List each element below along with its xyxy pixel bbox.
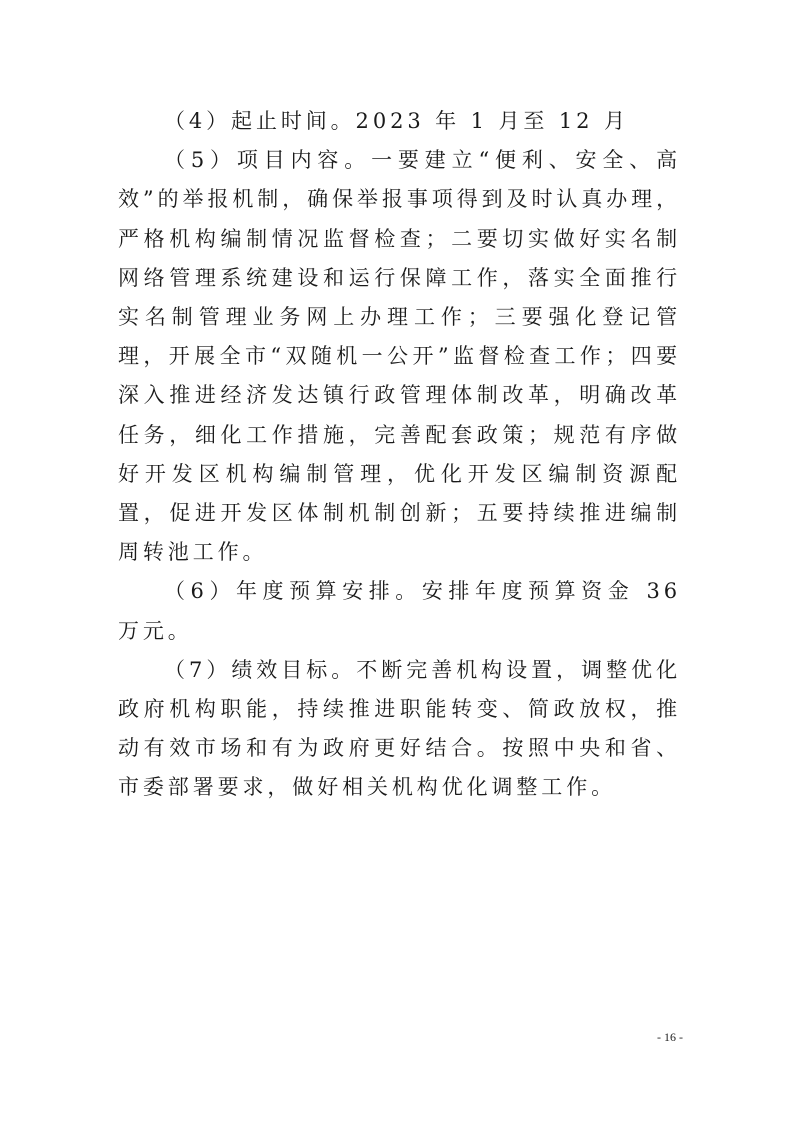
- paragraph-start-end-time: （4）起止时间。2023 年 1 月至 12 月: [118, 102, 681, 141]
- document-page: （4）起止时间。2023 年 1 月至 12 月 （5）项目内容。一要建立“便利…: [0, 0, 793, 1122]
- document-body: （4）起止时间。2023 年 1 月至 12 月 （5）项目内容。一要建立“便利…: [118, 102, 681, 808]
- paragraph-performance-goals: （7）绩效目标。不断完善机构设置，调整优化政府机构职能，持续推进职能转变、简政放…: [118, 651, 681, 808]
- paragraph-annual-budget: （6）年度预算安排。安排年度预算资金 36 万元。: [118, 572, 681, 650]
- page-number: - 16 -: [650, 1030, 690, 1045]
- paragraph-project-content: （5）项目内容。一要建立“便利、安全、高效”的举报机制，确保举报事项得到及时认真…: [118, 141, 681, 572]
